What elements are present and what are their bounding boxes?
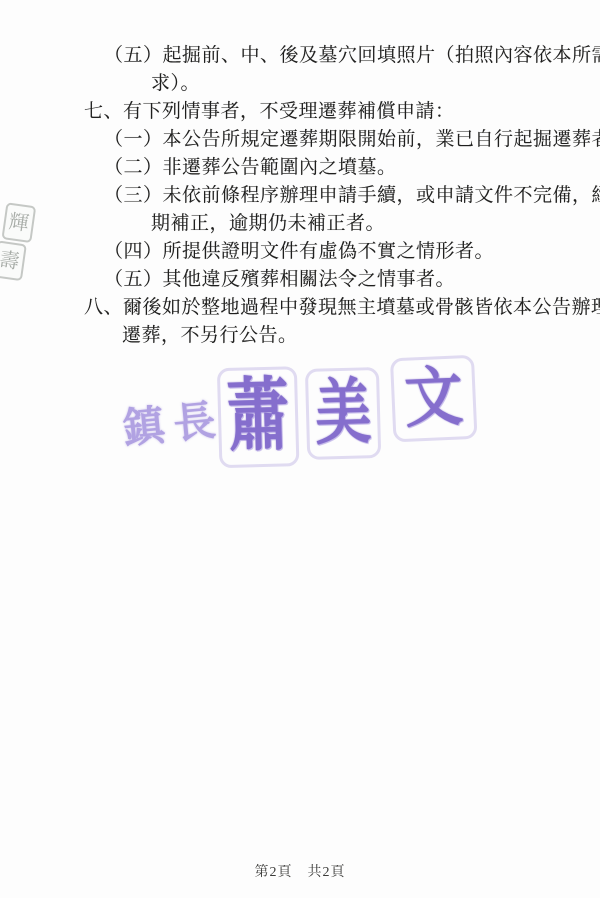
text-line: （三）未依前條程序辦理申請手續，或申請文件不完備，經限 [0, 182, 600, 210]
stamp-name-char-2: 美 [314, 377, 372, 450]
text-line: （五）其他違反殯葬相關法令之情事者。 [0, 266, 600, 294]
page-total-label: 共2頁 [308, 861, 346, 881]
text-line: （一）本公告所規定遷葬期限開始前，業已自行起掘遷葬者。 [0, 126, 600, 154]
stamp-char-box-3: 文 [390, 355, 478, 443]
page-footer: 第2頁 共2頁 [0, 861, 600, 881]
mayor-title-stamp: 鎮長 [120, 387, 227, 457]
text-line: （二）非遷葬公告範圍內之墳墓。 [0, 154, 600, 182]
text-line: （五）起掘前、中、後及墓穴回填照片（拍照內容依本所需 [0, 42, 600, 70]
document-lines: （五）起掘前、中、後及墓穴回填照片（拍照內容依本所需求）。七、有下列情事者，不受… [0, 42, 600, 350]
stamp-name-char-3: 文 [403, 365, 464, 432]
mayor-stamp: 鎮長 蕭 美 文 [117, 347, 490, 475]
text-line: 求）。 [0, 70, 600, 98]
text-line: 七、有下列情事者，不受理遷葬補償申請： [0, 98, 600, 126]
text-line: （四）所提供證明文件有虛偽不實之情形者。 [0, 238, 600, 266]
page-number-label: 第2頁 [255, 861, 293, 881]
stamp-char-box-1: 蕭 [217, 366, 300, 468]
stamp-char-box-2: 美 [305, 367, 381, 460]
scanned-document-page: 輝 壽 （五）起掘前、中、後及墓穴回填照片（拍照內容依本所需求）。七、有下列情事… [0, 0, 600, 898]
stamp-name-char-1: 蕭 [226, 377, 290, 458]
text-line: 八、爾後如於整地過程中發現無主墳墓或骨骸皆依本公告辦理 [0, 294, 600, 322]
text-line: 期補正，逾期仍未補正者。 [0, 210, 600, 238]
text-line: 遷葬，不另行公告。 [0, 322, 600, 350]
